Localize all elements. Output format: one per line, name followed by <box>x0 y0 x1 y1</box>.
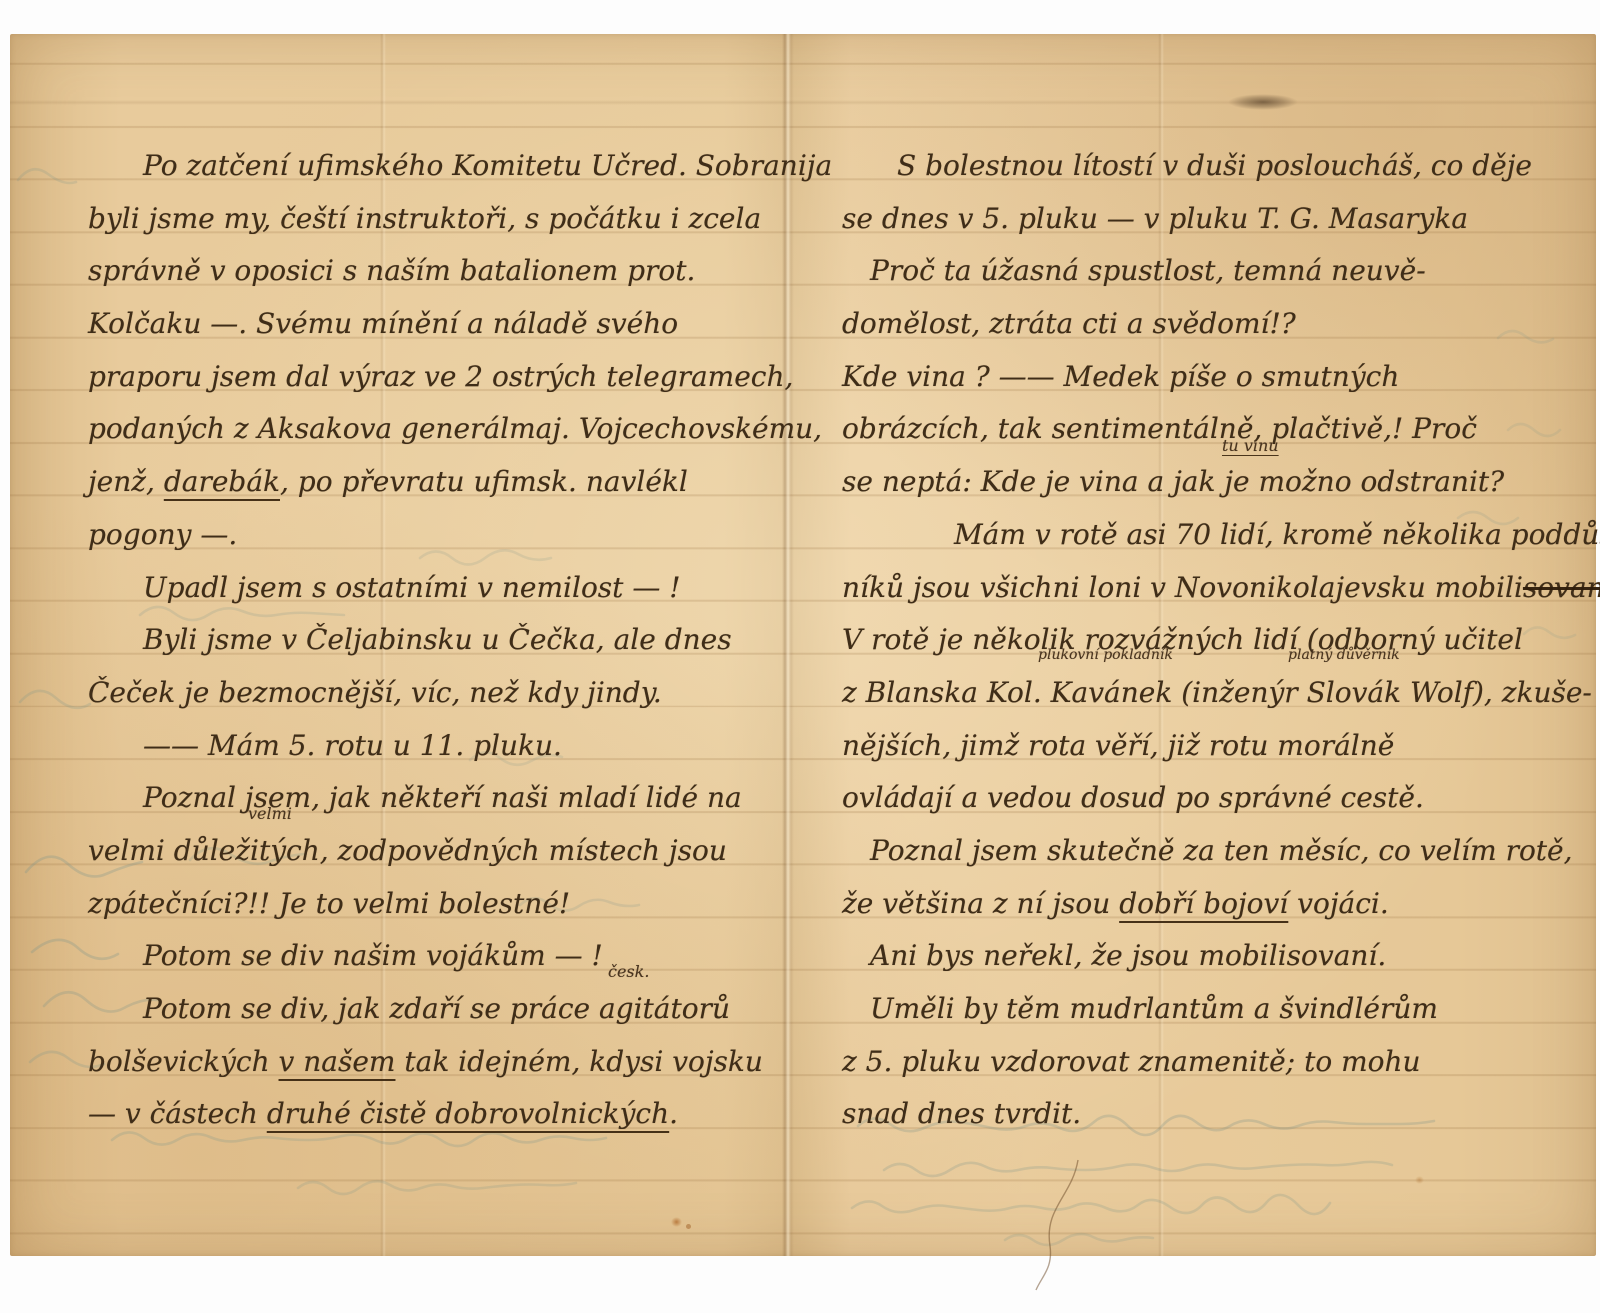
line-segment: , po převratu ufimsk. navlékl <box>280 465 688 498</box>
line-segment: že většina z ní jsou <box>842 887 1119 920</box>
handwritten-line: Kde vina ? —— Medek píše o smutných <box>842 351 1564 404</box>
handwritten-line: snad dnes tvrdit. <box>842 1088 1564 1141</box>
paper-stain <box>1415 1176 1424 1184</box>
interline-insertion: velmi <box>248 806 292 822</box>
handwritten-line: Potom se div našim vojákům — ! <box>88 930 780 983</box>
handwritten-line: domělost, ztráta cti a svědomí!? <box>842 298 1564 351</box>
handwritten-line: —— Mám 5. rotu u 11. pluku. <box>88 720 780 773</box>
handwritten-line: byli jsme my, čeští instruktoři, s počát… <box>88 193 780 246</box>
fold-crease <box>10 100 1596 105</box>
handwritten-line: S bolestnou lítostí v duši posloucháš, c… <box>842 140 1564 193</box>
underlined-word: druhé čistě dobrovolnických <box>267 1097 669 1130</box>
line-segment: bolševických <box>88 1045 279 1078</box>
underlined-word: dobří bojoví <box>1119 887 1288 920</box>
center-fold-crease <box>782 34 794 1256</box>
interline-insertion: česk. <box>608 964 649 980</box>
handwritten-line: podaných z Aksakova generálmaj. Vojcecho… <box>88 403 780 456</box>
handwritten-line: že většina z ní jsou dobří bojoví vojáci… <box>842 878 1564 931</box>
handwritten-line: nějších, jimž rota věří, již rotu moráln… <box>842 720 1564 773</box>
handwritten-line: Čeček je bezmocnější, víc, než kdy jindy… <box>88 667 780 720</box>
handwritten-line: z Blanska Kol. Kavánek (inženýr Slovák W… <box>842 667 1564 720</box>
line-segment: . <box>669 1097 678 1130</box>
handwritten-line: z 5. pluku vzdorovat znamenitě; to mohu <box>842 1036 1564 1089</box>
handwritten-line: Uměli by těm mudrlantům a švindlérům <box>842 983 1564 1036</box>
handwritten-line: níků jsou všichni loni v Novonikolajevsk… <box>842 562 1564 615</box>
handwritten-line: zpátečníci?!! Je to velmi bolestné! <box>88 878 780 931</box>
handwritten-line: Kolčaku —. Svému mínění a náladě svého <box>88 298 780 351</box>
handwritten-line: Potom se div, jak zdaří se práce agitáto… <box>88 983 780 1036</box>
underlined-word: v našem <box>279 1045 396 1078</box>
line-segment: níků jsou všichni loni v Novonikolajevsk… <box>842 571 1523 604</box>
struck-word: sovaní <box>1523 571 1600 604</box>
interline-insertion: platný důvěrník <box>1288 648 1400 662</box>
handwritten-line: Poznal jsem, jak někteří naši mladí lidé… <box>88 772 780 825</box>
handwritten-line: správně v oposici s naším batalionem pro… <box>88 245 780 298</box>
paper-stain <box>686 1224 691 1229</box>
handwritten-line: Poznal jsem skutečně za ten měsíc, co ve… <box>842 825 1564 878</box>
letter-scan: Po zatčení ufimského Komitetu Učred. Sob… <box>0 0 1600 1313</box>
line-segment: tak idejném, kdysi vojsku <box>395 1045 762 1078</box>
interline-insertion: tu vinu <box>1222 438 1279 454</box>
handwritten-line: bolševických v našem tak idejném, kdysi … <box>88 1036 780 1089</box>
interline-insertion: plukovní pokladník <box>1038 648 1173 662</box>
handwritten-line: Proč ta úžasná spustlost, temná neuvě- <box>842 245 1564 298</box>
handwritten-line: velmi důležitých, zodpovědných místech j… <box>88 825 780 878</box>
line-segment: jenž, <box>88 465 164 498</box>
handwritten-line: Byli jsme v Čeljabinsku u Čečka, ale dne… <box>88 614 780 667</box>
page-left: Po zatčení ufimského Komitetu Učred. Sob… <box>88 140 780 1141</box>
handwritten-line: pogony —. <box>88 509 780 562</box>
handwritten-line: ovládají a vedou dosud po správné cestě. <box>842 772 1564 825</box>
handwritten-line: se dnes v 5. pluku — v pluku T. G. Masar… <box>842 193 1564 246</box>
handwritten-line: Po zatčení ufimského Komitetu Učred. Sob… <box>88 140 780 193</box>
handwritten-line: praporu jsem dal výraz ve 2 ostrých tele… <box>88 351 780 404</box>
handwritten-line: Upadl jsem s ostatními v nemilost — ! <box>88 562 780 615</box>
handwritten-line: se neptá: Kde je vina a jak je možno ods… <box>842 456 1564 509</box>
underlined-word: darebák <box>164 465 280 498</box>
handwritten-line: Mám v rotě asi 70 lidí, kromě několika p… <box>842 509 1564 562</box>
handwritten-line: jenž, darebák, po převratu ufimsk. navlé… <box>88 456 780 509</box>
handwritten-line: obrázcích, tak sentimentálně, plačtivě,!… <box>842 403 1564 456</box>
handwritten-line: V rotě je několik rozvážných lidí (odbor… <box>842 614 1564 667</box>
line-segment: vojáci. <box>1288 887 1389 920</box>
ink-blot <box>1228 94 1298 110</box>
line-segment: — v částech <box>88 1097 267 1130</box>
handwritten-line: — v částech druhé čistě dobrovolnických. <box>88 1088 780 1141</box>
handwritten-line: Ani bys neřekl, že jsou mobilisovaní. <box>842 930 1564 983</box>
paper-stain <box>671 1217 682 1227</box>
page-right: S bolestnou lítostí v duši posloucháš, c… <box>842 140 1564 1141</box>
